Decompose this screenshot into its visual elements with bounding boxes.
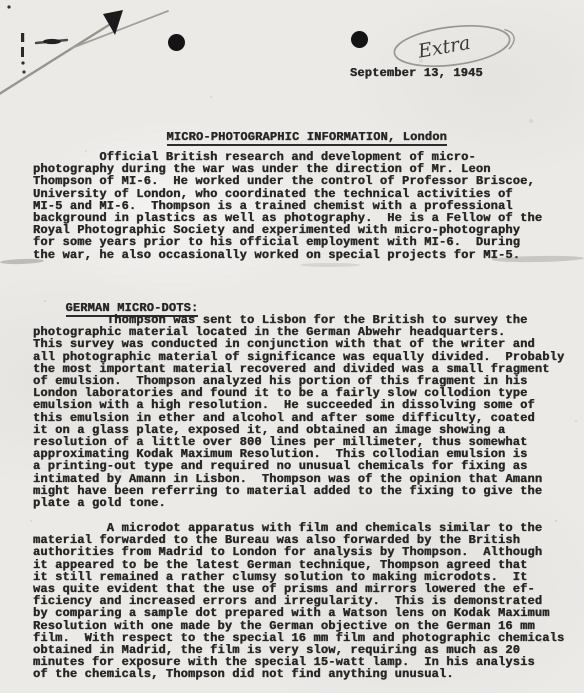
pencil-check-mark-icon xyxy=(0,0,190,110)
crease-smudge-middle xyxy=(300,263,360,267)
paragraph-3: A microdot apparatus with film and chemi… xyxy=(33,522,564,681)
punch-hole-icon xyxy=(351,31,368,48)
paragraph-2: Thompson was sent to Lisbon for the Brit… xyxy=(33,314,564,509)
date-line: September 13, 1945 xyxy=(350,67,483,79)
crease-smudge-right xyxy=(492,255,584,263)
punch-hole-icon xyxy=(168,34,185,51)
document-title-text: MICRO-PHOTOGRAPHIC INFORMATION, London xyxy=(167,131,447,146)
arrowhead-icon xyxy=(103,10,123,35)
paragraph-1: Official British research and developmen… xyxy=(33,151,542,261)
crease-smudge-left xyxy=(0,258,44,265)
handwritten-note-text: Extra xyxy=(415,32,472,63)
scanned-document-page: Extra September 13, 1945 MICRO-PHOTOGRAP… xyxy=(0,0,584,693)
